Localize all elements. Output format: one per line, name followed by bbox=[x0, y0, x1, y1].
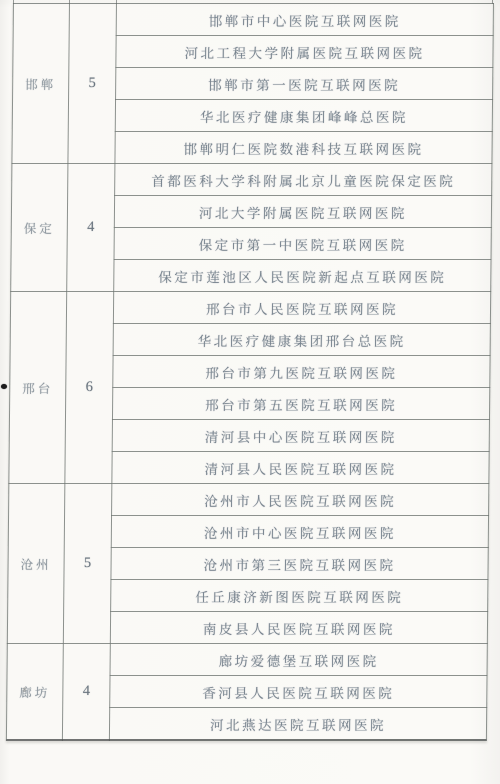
hospital-cell: 沧州市人民医院互联网医院 bbox=[112, 484, 489, 516]
ink-dot-artifact bbox=[1, 384, 7, 389]
hospital-cell: 河北燕达医院互联网医院 bbox=[109, 708, 486, 741]
count-cell: 4 bbox=[67, 164, 115, 292]
city-cell: 廊坊 bbox=[6, 644, 63, 741]
hospital-cell: 南皮县人民医院互联网医院 bbox=[110, 612, 487, 644]
hospital-cell: 河北工程大学附属医院互联网医院 bbox=[116, 36, 493, 68]
hospital-table: 邯郸 5 邯郸市中心医院互联网医院 河北工程大学附属医院互联网医院 邯郸市第一医… bbox=[6, 3, 494, 741]
hospital-cell: 香河县人民医院互联网医院 bbox=[110, 676, 487, 708]
table-scan-area: 邯郸 5 邯郸市中心医院互联网医院 河北工程大学附属医院互联网医院 邯郸市第一医… bbox=[0, 0, 500, 784]
count-cell: 6 bbox=[65, 292, 114, 484]
table-row: 邢台 6 邢台市人民医院互联网医院 bbox=[10, 292, 490, 324]
hospital-cell: 邯郸市第一医院互联网医院 bbox=[116, 68, 493, 100]
hospital-cell: 邢台市第九医院互联网医院 bbox=[113, 356, 490, 388]
hospital-cell: 清河县人民医院互联网医院 bbox=[112, 452, 489, 484]
table-row: 沧州 5 沧州市人民医院互联网医院 bbox=[9, 484, 489, 516]
hospital-cell: 邯郸市中心医院互联网医院 bbox=[116, 4, 493, 36]
hospital-cell: 邯郸明仁医院数港科技互联网医院 bbox=[115, 132, 492, 164]
scanned-page: 邯郸 5 邯郸市中心医院互联网医院 河北工程大学附属医院互联网医院 邯郸市第一医… bbox=[0, 0, 500, 784]
city-cell: 沧州 bbox=[7, 484, 65, 644]
hospital-cell: 沧州市第三医院互联网医院 bbox=[111, 548, 488, 580]
hospital-cell: 河北大学附属医院互联网医院 bbox=[114, 196, 491, 228]
city-cell: 邢台 bbox=[9, 292, 67, 484]
hospital-cell: 华北医疗健康集团邢台总医院 bbox=[113, 324, 490, 356]
hospital-cell: 任丘康济新图医院互联网医院 bbox=[111, 580, 488, 612]
table-row: 邯郸 5 邯郸市中心医院互联网医院 bbox=[13, 4, 493, 36]
hospital-cell: 廊坊爱德堡互联网医院 bbox=[110, 644, 487, 676]
table-row: 保定 4 首都医科大学科附属北京儿童医院保定医院 bbox=[12, 164, 492, 196]
count-cell: 4 bbox=[62, 644, 110, 741]
city-cell: 保定 bbox=[11, 164, 68, 292]
hospital-cell: 首都医科大学科附属北京儿童医院保定医院 bbox=[115, 164, 492, 196]
city-cell: 邯郸 bbox=[12, 4, 70, 164]
hospital-cell: 沧州市中心医院互联网医院 bbox=[111, 516, 488, 548]
hospital-cell: 保定市莲池区人民医院新起点互联网医院 bbox=[114, 260, 491, 292]
hospital-cell: 保定市第一中医院互联网医院 bbox=[114, 228, 491, 260]
count-cell: 5 bbox=[68, 4, 117, 164]
count-cell: 5 bbox=[63, 484, 112, 644]
hospital-cell: 邢台市第五医院互联网医院 bbox=[112, 388, 489, 420]
hospital-cell: 邢台市人民医院互联网医院 bbox=[113, 292, 490, 324]
hospital-cell: 华北医疗健康集团峰峰总医院 bbox=[115, 100, 492, 132]
table-row: 廊坊 4 廊坊爱德堡互联网医院 bbox=[7, 644, 487, 676]
hospital-cell: 清河县中心医院互联网医院 bbox=[112, 420, 489, 452]
